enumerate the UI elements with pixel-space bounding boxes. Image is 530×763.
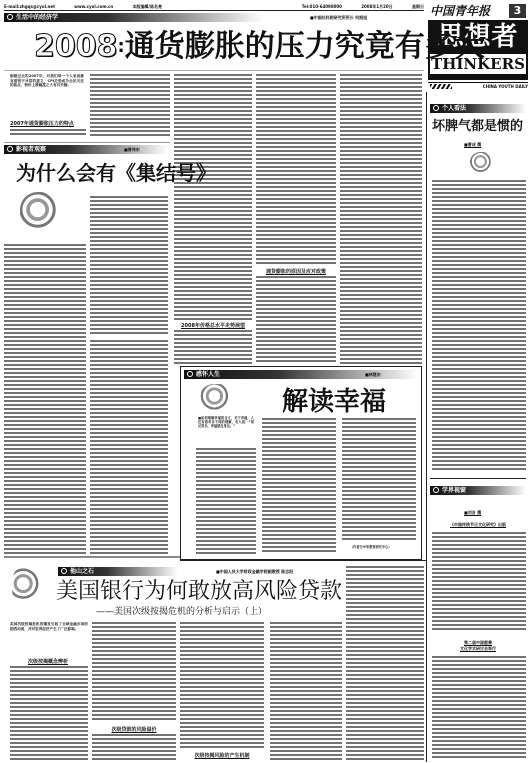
hand-illustration bbox=[470, 152, 496, 176]
happiness-body-col-3 bbox=[342, 418, 416, 540]
temper-body bbox=[432, 180, 526, 470]
inflation-subhead-3: 2008年价格总水平走势展望 bbox=[174, 322, 252, 329]
jijiehao-headline: 为什么会有《集结号》 bbox=[16, 160, 216, 186]
flower-illustration bbox=[20, 192, 64, 236]
header-weekday: 星期日 bbox=[412, 4, 424, 9]
inflation-body-col-4 bbox=[256, 74, 336, 266]
inflation-body-col-4b bbox=[256, 276, 336, 364]
header-email: E-mail:zhgqs@cyol.net bbox=[4, 4, 55, 9]
section-marker-icon bbox=[433, 105, 439, 111]
happiness-caption: ■如何理解幸福的含义，关于幸福，人们有着各自不同的理解，有人说：“知足常乐，幸福… bbox=[198, 416, 254, 444]
section-marker-icon bbox=[187, 371, 193, 377]
happiness-footnote: （作者为中华教育研究中心） bbox=[350, 545, 416, 551]
bank-subhead-1: 次级按揭概念辨析 bbox=[10, 658, 86, 665]
page-number: 3 bbox=[509, 4, 526, 18]
bank-headline: 美国银行为何敢放高风险贷款 bbox=[56, 578, 342, 606]
stripes-decoration bbox=[430, 84, 452, 89]
inflation-headline: 2008:通货膨胀的压力究竟有多大 bbox=[34, 30, 485, 64]
bank-subhead-2: 次级贷款的风险溢价 bbox=[92, 726, 176, 733]
jijiehao-body-col-1 bbox=[4, 244, 86, 554]
bank-body-col-2b bbox=[92, 734, 176, 762]
bank-body-col-1 bbox=[10, 666, 88, 762]
jijiehao-author: ■曾伟东 bbox=[124, 147, 140, 153]
academic-body-2 bbox=[432, 656, 526, 760]
inflation-subhead-2: 通货膨胀的原因及应对政策 bbox=[256, 268, 336, 275]
temper-headline: 坏脾气都是惯的 bbox=[432, 118, 523, 136]
section-bar-opinion: 个人看法 bbox=[430, 104, 526, 113]
bank-body-col-4 bbox=[270, 622, 342, 762]
paper-logo: 中国青年报 bbox=[430, 2, 490, 19]
inflation-body-col-3 bbox=[174, 74, 252, 364]
plant-illustration bbox=[200, 384, 236, 414]
header-date: 2008年1月20日 bbox=[361, 4, 392, 9]
headline-text: 通货膨胀的压力究竟有多大 bbox=[125, 29, 485, 64]
statue-illustration bbox=[12, 566, 40, 610]
paper-english-name: CHINA YOUTH DAILY bbox=[428, 82, 528, 90]
section-marker-icon bbox=[61, 568, 67, 574]
section-bar-economics: 生活中的经济学 bbox=[4, 13, 264, 22]
section-bar-academic: 学界视窗 bbox=[430, 486, 526, 495]
header-editor: 本版编辑/陈名亮 bbox=[133, 4, 162, 9]
column-divider bbox=[426, 92, 427, 762]
bank-body-col-3 bbox=[180, 622, 264, 748]
section-bar-foreign: 他山之石 bbox=[58, 567, 178, 576]
inflation-body-col-2 bbox=[90, 74, 170, 138]
bank-author: ■中国人民大学财政金融学院副教授 陈忠阳 bbox=[216, 569, 293, 575]
divider bbox=[430, 478, 526, 479]
academic-title: 《中国传统节日文化研究》出版 bbox=[430, 522, 526, 528]
divider bbox=[4, 556, 180, 558]
temper-author: ■曹成 撰 bbox=[464, 142, 481, 148]
bank-body-col-5 bbox=[346, 566, 424, 762]
inflation-body-col-1 bbox=[10, 129, 86, 135]
jijiehao-body-col-2 bbox=[90, 196, 168, 336]
academic-author: ■刘言 撰 bbox=[464, 510, 481, 516]
inflation-body-col-5 bbox=[340, 74, 422, 364]
section-marker-icon bbox=[7, 146, 13, 152]
inflation-author: ■中国社科院研究所所长 何振旭 bbox=[310, 15, 367, 21]
academic-subhead-2: 文化学术研讨会举行 bbox=[430, 646, 526, 652]
bank-intro: 美国次级按揭危机的爆发引起了全球金融市场的剧烈动荡，并对世界经济产生了广泛影响。 bbox=[10, 622, 88, 654]
happiness-body-col-1 bbox=[196, 448, 256, 554]
happiness-headline: 解读幸福 bbox=[282, 386, 386, 418]
academic-body-1 bbox=[432, 532, 526, 632]
section-bar-life: 感怀人生 bbox=[184, 370, 418, 379]
happiness-author: ■林继东 bbox=[365, 372, 381, 378]
happiness-body-col-2 bbox=[262, 418, 336, 554]
header-phone: Tel:010-64098000 bbox=[302, 4, 342, 9]
divider bbox=[4, 70, 424, 71]
bank-subtitle: ——美国次级按揭危机的分析与启示（上） bbox=[96, 606, 267, 618]
divider bbox=[180, 560, 426, 561]
top-info-line: E-mail:zhgqs@cyol.net www.cyol.com.cn 本版… bbox=[4, 2, 424, 11]
inflation-intro: 刚刚过去的2007年，对我们每一个人来说都有着很不寻常的意义，CPI走势成为全民… bbox=[10, 74, 84, 116]
section-marker-icon bbox=[433, 487, 439, 493]
divider bbox=[4, 142, 170, 143]
bank-body-col-2 bbox=[92, 622, 176, 722]
section-marker-icon bbox=[7, 14, 13, 20]
header-website: www.cyol.com.cn bbox=[74, 4, 113, 9]
jijiehao-body-col-2b bbox=[90, 340, 168, 554]
inflation-subhead-1: 2007年通货膨胀压力的特点 bbox=[10, 120, 80, 127]
headline-year: 2008 bbox=[34, 29, 118, 64]
bank-subhead-3: 次级按揭风险的产生机制 bbox=[180, 752, 264, 759]
section-bar-film: 影视者观察 bbox=[4, 145, 168, 154]
